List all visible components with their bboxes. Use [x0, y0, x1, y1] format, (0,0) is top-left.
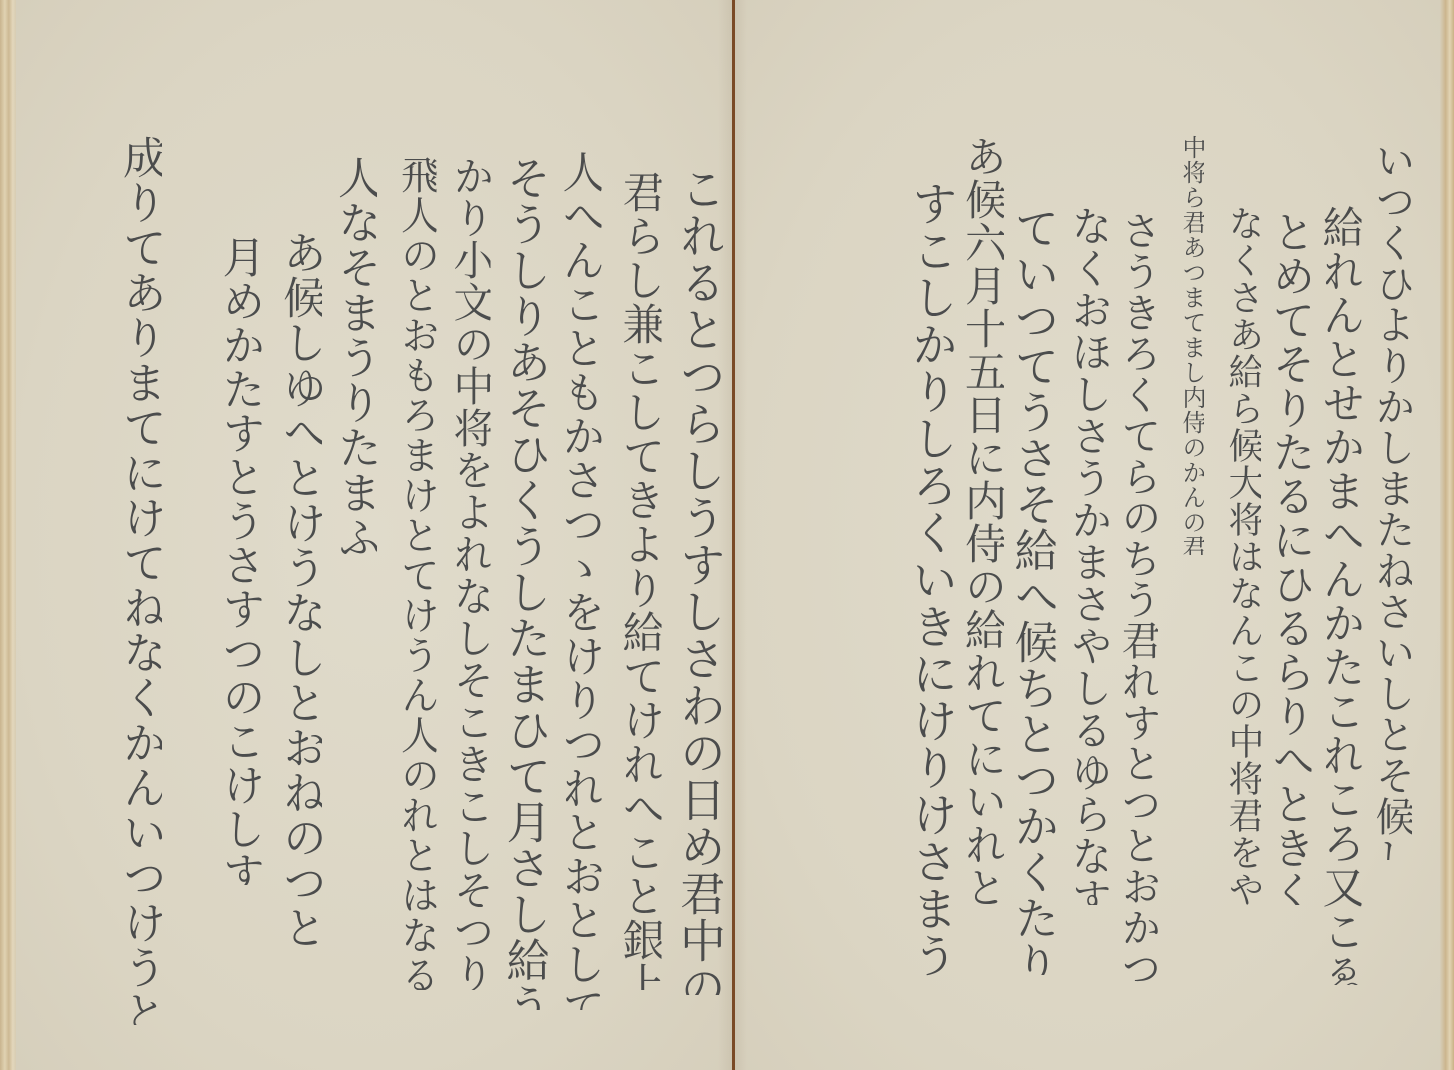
- text-column: 中将ら君あつまてまし内侍のかんの君て: [1180, 135, 1204, 555]
- text-column: いつくひよりかしまたねさいしとそ候し: [1372, 140, 1412, 860]
- text-column: かり小文の中将をよれなしそこきこしそつり: [450, 155, 491, 990]
- text-column: 月めかたすとうさすつのこけしす: [219, 235, 262, 885]
- text-column: 人へんこともかさつゝをけりつれとおとして: [559, 150, 602, 1010]
- text-column: さうきろくてらのちう君れすとつとおかつ: [1118, 210, 1158, 985]
- book-spread: いつくひよりかしまたねさいしとそ候し給れんとせかまへんかたこれころ又こゑとめてそ…: [0, 0, 1454, 1070]
- text-column: とめてそりたるにひるらりへときく: [1269, 210, 1312, 905]
- text-column: なくさあ給ら候大将はなんこの中将君をや: [1225, 205, 1261, 905]
- gutter-shadow-right: [735, 0, 747, 1070]
- text-column: なくおほしさうかまさやしるゆらなす: [1068, 205, 1109, 905]
- text-column: 人なそまうりたまふ: [333, 155, 377, 555]
- text-column: 君らし兼こしてきより給てけれへこと銀上: [619, 170, 662, 990]
- text-column: 給れんとせかまへんかたこれころ又こゑ: [1319, 205, 1362, 985]
- text-column: 飛人のとおもろまけとてけうん人のれとはなる: [398, 155, 437, 990]
- left-book-edge: [0, 0, 16, 1070]
- right-book-edge: [1440, 0, 1454, 1070]
- book-gutter: [732, 0, 735, 1070]
- text-column: これるとつらしうすしさわの日め君中の: [677, 165, 723, 995]
- text-column: あ候六月十五日に内侍の給れてにいれと: [962, 135, 1004, 905]
- text-column: そうしりあそひくうしたまひて月さし給う: [503, 155, 548, 1010]
- text-column: あ候しゆへとけうなしとおねのつと: [278, 230, 322, 945]
- text-column: 成りてありまてにけてねなくかんいつけうと: [118, 135, 162, 1025]
- text-column: すこしかりしろくいきにけりけさまう: [909, 180, 955, 1000]
- text-column: ていつてうさそ給へ候ちとつかくたり: [1011, 205, 1056, 975]
